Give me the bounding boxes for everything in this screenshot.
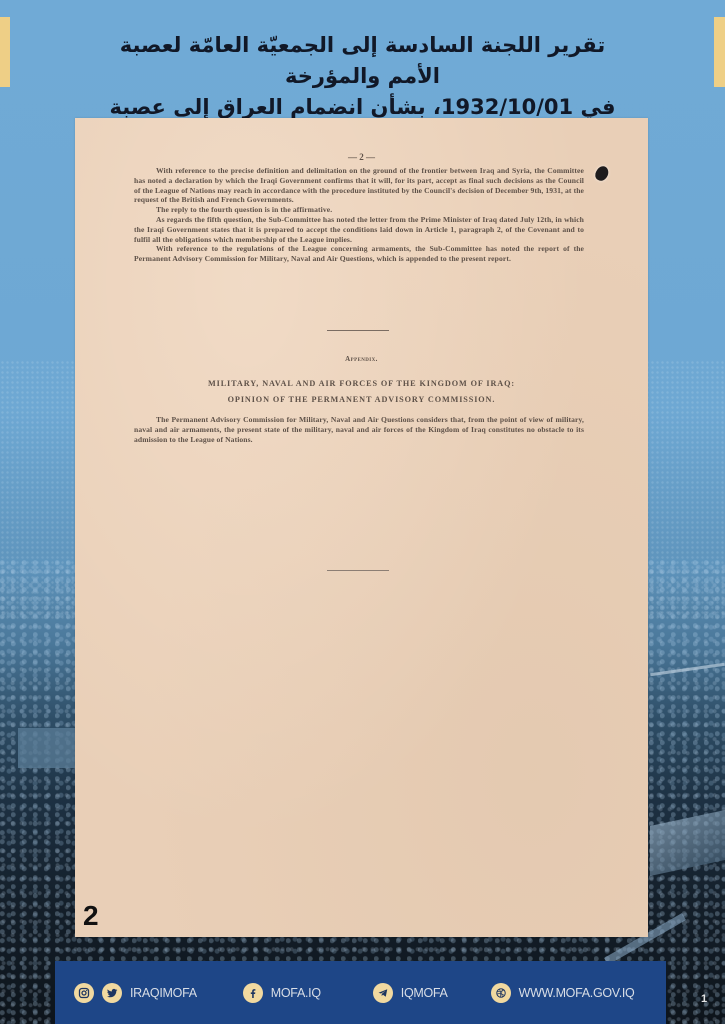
punch-hole bbox=[593, 164, 611, 183]
paragraph-frontier: With reference to the precise definition… bbox=[134, 166, 584, 205]
telegram-icon[interactable] bbox=[373, 983, 393, 1003]
divider bbox=[327, 570, 389, 571]
facebook-icon[interactable] bbox=[243, 983, 263, 1003]
social-telegram[interactable]: IQMOFA bbox=[373, 983, 448, 1003]
appendix-title-line-1: MILITARY, NAVAL AND AIR FORCES OF THE KI… bbox=[115, 376, 608, 392]
instagram-icon[interactable] bbox=[74, 983, 94, 1003]
background-photo-detail bbox=[18, 728, 76, 768]
social-website[interactable]: WWW.MOFA.GOV.IQ bbox=[491, 983, 635, 1003]
social-label: WWW.MOFA.GOV.IQ bbox=[519, 986, 635, 1000]
appendix-title: MILITARY, NAVAL AND AIR FORCES OF THE KI… bbox=[115, 376, 608, 408]
document-body: With reference to the precise definition… bbox=[134, 166, 584, 264]
social-facebook[interactable]: MOFA.IQ bbox=[243, 983, 321, 1003]
title-line-1: تقرير اللجنة السادسة إلى الجمعيّة العامّ… bbox=[90, 30, 635, 92]
website-icon[interactable] bbox=[491, 983, 511, 1003]
paragraph-fifth-question: As regards the fifth question, the Sub-C… bbox=[134, 215, 584, 244]
twitter-icon[interactable] bbox=[102, 983, 122, 1003]
document-page-number: 2 bbox=[83, 900, 99, 932]
paragraph-fourth-question: The reply to the fourth question is in t… bbox=[134, 205, 584, 215]
left-accent-tab bbox=[0, 17, 10, 87]
sheet-page-number: 1 bbox=[701, 993, 707, 1005]
right-accent-tab bbox=[714, 17, 725, 87]
appendix-label: Appendix. bbox=[75, 355, 648, 363]
appendix-title-line-2: OPINION OF THE PERMANENT ADVISORY COMMIS… bbox=[115, 392, 608, 408]
social-iraqimofa[interactable]: IRAQIMOFA bbox=[74, 983, 197, 1003]
document-page-marker: — 2 — bbox=[75, 152, 648, 162]
social-label: IRAQIMOFA bbox=[130, 986, 197, 1000]
document-scan: — 2 — With reference to the precise defi… bbox=[75, 118, 648, 937]
social-label: MOFA.IQ bbox=[271, 986, 321, 1000]
appendix-paragraph: The Permanent Advisory Commission for Mi… bbox=[134, 415, 584, 444]
social-label: IQMOFA bbox=[401, 986, 448, 1000]
footer-social-bar: IRAQIMOFA MOFA.IQ IQMOFA WWW.MOFA.GOV.IQ bbox=[55, 961, 666, 1024]
appendix-body: The Permanent Advisory Commission for Mi… bbox=[134, 415, 584, 444]
paragraph-armaments: With reference to the regulations of the… bbox=[134, 244, 584, 264]
divider bbox=[327, 330, 389, 331]
